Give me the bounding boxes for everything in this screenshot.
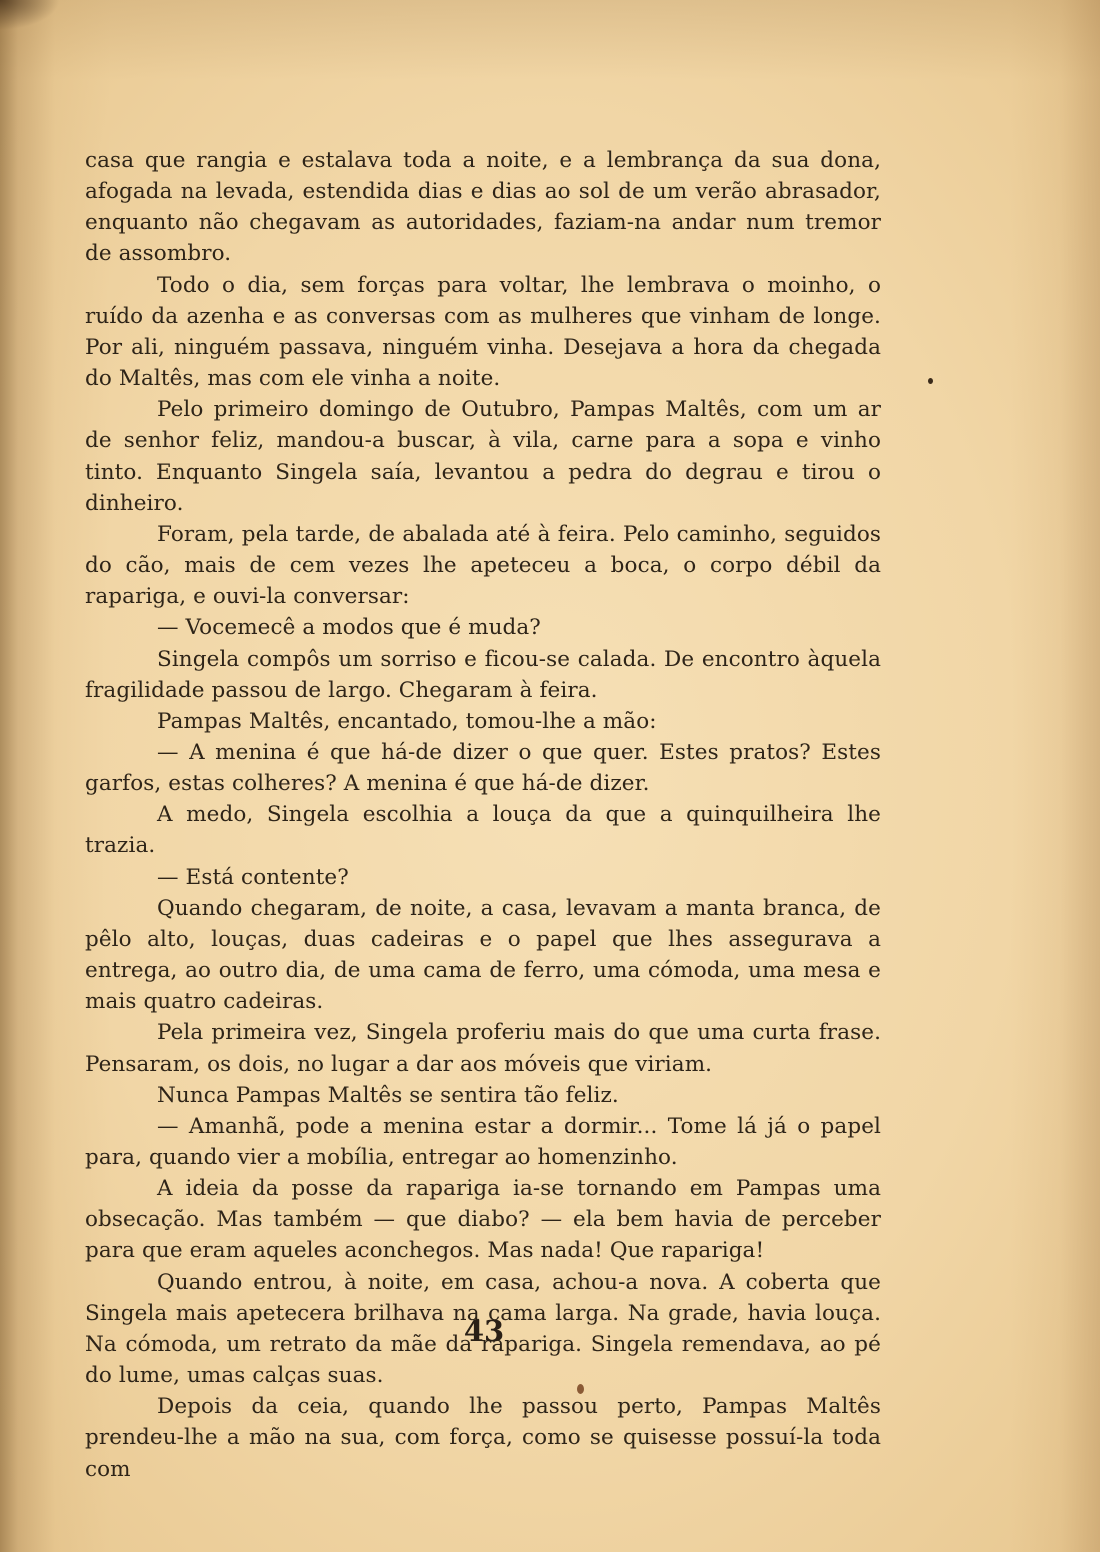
paragraph: Pampas Maltês, encantado, tomou-lhe a mã… (85, 706, 881, 737)
paper-stain (928, 378, 933, 384)
page-corner-shadow (0, 0, 60, 30)
paragraph: Quando chegaram, de noite, a casa, levav… (85, 893, 881, 1018)
paragraph: Singela compôs um sorriso e ficou-se cal… (85, 644, 881, 706)
paragraph: Pelo primeiro domingo de Outubro, Pampas… (85, 394, 881, 519)
dialogue-line: — Amanhã, pode a menina estar a dormir..… (85, 1111, 881, 1173)
paragraph: Foram, pela tarde, de abalada até à feir… (85, 519, 881, 612)
dialogue-line: — Está contente? (85, 862, 881, 893)
paragraph: casa que rangia e estalava toda a noite,… (85, 145, 881, 270)
paragraph: A medo, Singela escolhia a louça da que … (85, 799, 881, 861)
body-text: casa que rangia e estalava toda a noite,… (85, 145, 881, 1485)
paragraph: A ideia da posse da rapariga ia-se torna… (85, 1173, 881, 1266)
paragraph: Nunca Pampas Maltês se sentira tão feliz… (85, 1080, 881, 1111)
page-number-container: 43 (0, 1314, 1100, 1348)
paper-stain (577, 1384, 584, 1394)
paragraph: Depois da ceia, quando lhe passou perto,… (85, 1391, 881, 1484)
page-number: 43 (464, 1314, 504, 1348)
book-page: casa que rangia e estalava toda a noite,… (0, 0, 1100, 1552)
dialogue-line: — A menina é que há-de dizer o que quer.… (85, 737, 881, 799)
paragraph: Pela primeira vez, Singela proferiu mais… (85, 1017, 881, 1079)
paragraph: Todo o dia, sem forças para voltar, lhe … (85, 270, 881, 395)
dialogue-line: — Vocemecê a modos que é muda? (85, 612, 881, 643)
